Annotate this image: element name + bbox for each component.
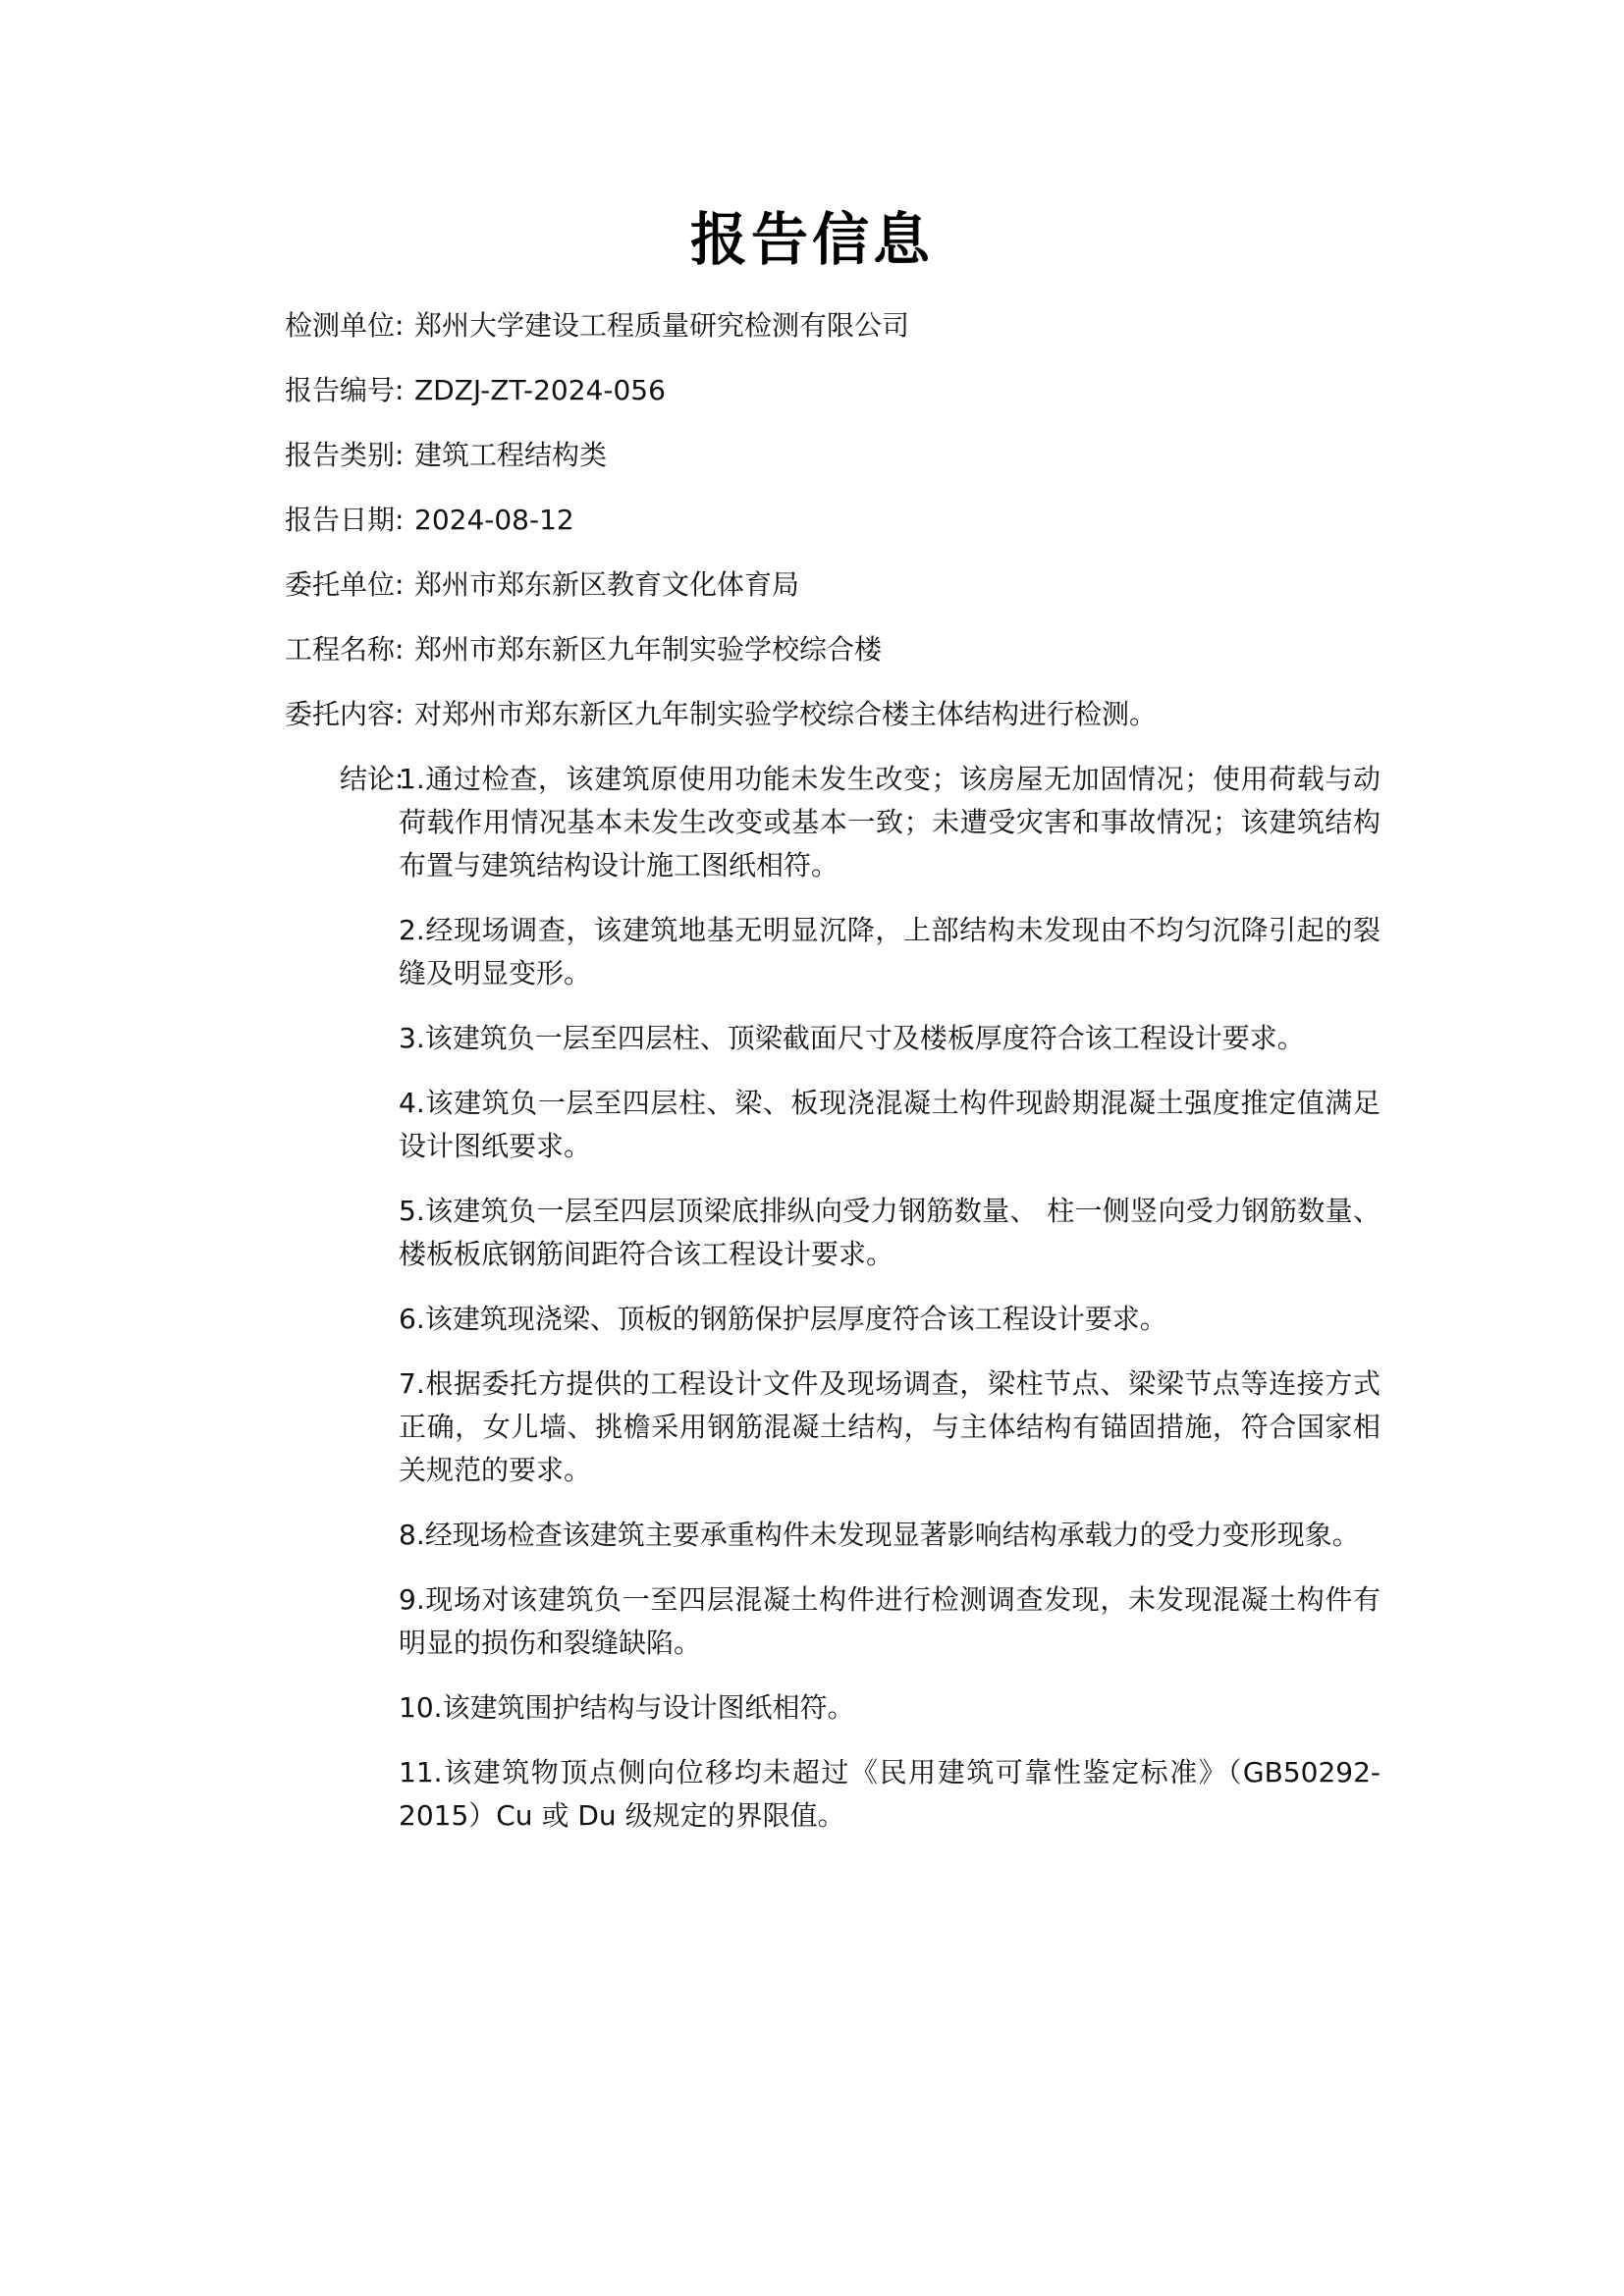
conclusion-item: 11.该建筑物顶点侧向位移均未超过《民用建筑可靠性鉴定标准》（GB50292-2… (399, 1751, 1380, 1838)
info-label: 委托内容 (245, 695, 395, 734)
info-label: 报告类别 (245, 436, 395, 475)
info-label: 检测单位 (245, 306, 395, 346)
info-separator: : (395, 371, 414, 410)
info-value: 郑州大学建设工程质量研究检测有限公司 (414, 306, 909, 346)
info-value: 郑州市郑东新区教育文化体育局 (414, 565, 799, 605)
info-row-report-number: 报告编号:ZDZJ-ZT-2024-056 (245, 371, 666, 410)
info-row-testing-unit: 检测单位:郑州大学建设工程质量研究检测有限公司 (245, 306, 909, 346)
conclusion-label: 结论 (245, 758, 395, 801)
info-separator: : (395, 565, 414, 605)
conclusion-list: 1.通过检查，该建筑原使用功能未发生改变；该房屋无加固情况；使用荷载与动荷载作用… (399, 758, 1380, 1859)
conclusion-item: 7.根据委托方提供的工程设计文件及现场调查，梁柱节点、梁梁节点等连接方式正确，女… (399, 1362, 1380, 1492)
page-title: 报告信息 (0, 204, 1624, 275)
info-value: 建筑工程结构类 (414, 436, 607, 475)
conclusion-item: 8.经现场检查该建筑主要承重构件未发现显著影响结构承载力的受力变形现象。 (399, 1514, 1380, 1557)
conclusion-item: 5.该建筑负一层至四层顶梁底排纵向受力钢筋数量、 柱一侧竖向受力钢筋数量、楼板板… (399, 1190, 1380, 1276)
info-separator: : (395, 695, 414, 734)
info-label: 报告编号 (245, 371, 395, 410)
conclusion-item: 4.该建筑负一层至四层柱、梁、板现浇混凝土构件现龄期混凝土强度推定值满足设计图纸… (399, 1082, 1380, 1168)
info-separator: : (395, 630, 414, 669)
info-label: 报告日期 (245, 501, 395, 540)
info-label: 委托单位 (245, 565, 395, 605)
info-value: 郑州市郑东新区九年制实验学校综合楼 (414, 630, 882, 669)
info-value: ZDZJ-ZT-2024-056 (414, 371, 666, 410)
conclusion-item: 1.通过检查，该建筑原使用功能未发生改变；该房屋无加固情况；使用荷载与动荷载作用… (399, 758, 1380, 887)
info-value: 对郑州市郑东新区九年制实验学校综合楼主体结构进行检测。 (414, 695, 1157, 734)
info-row-commission-content: 委托内容:对郑州市郑东新区九年制实验学校综合楼主体结构进行检测。 (245, 695, 1157, 734)
conclusion-item: 2.经现场调查，该建筑地基无明显沉降，上部结构未发现由不均匀沉降引起的裂缝及明显… (399, 909, 1380, 995)
conclusion-item: 6.该建筑现浇梁、顶板的钢筋保护层厚度符合该工程设计要求。 (399, 1298, 1380, 1341)
info-label: 工程名称 (245, 630, 395, 669)
info-separator: : (395, 501, 414, 540)
conclusion-item: 10.该建筑围护结构与设计图纸相符。 (399, 1686, 1380, 1730)
info-row-report-category: 报告类别:建筑工程结构类 (245, 436, 607, 475)
info-row-report-date: 报告日期:2024-08-12 (245, 501, 574, 540)
conclusion-item: 3.该建筑负一层至四层柱、顶梁截面尺寸及楼板厚度符合该工程设计要求。 (399, 1017, 1380, 1060)
info-row-client: 委托单位:郑州市郑东新区教育文化体育局 (245, 565, 799, 605)
info-separator: : (395, 436, 414, 475)
conclusion-item: 9.现场对该建筑负一至四层混凝土构件进行检测调查发现，未发现混凝土构件有明显的损… (399, 1578, 1380, 1665)
info-separator: : (395, 306, 414, 346)
info-row-project-name: 工程名称:郑州市郑东新区九年制实验学校综合楼 (245, 630, 882, 669)
info-value: 2024-08-12 (414, 501, 574, 540)
